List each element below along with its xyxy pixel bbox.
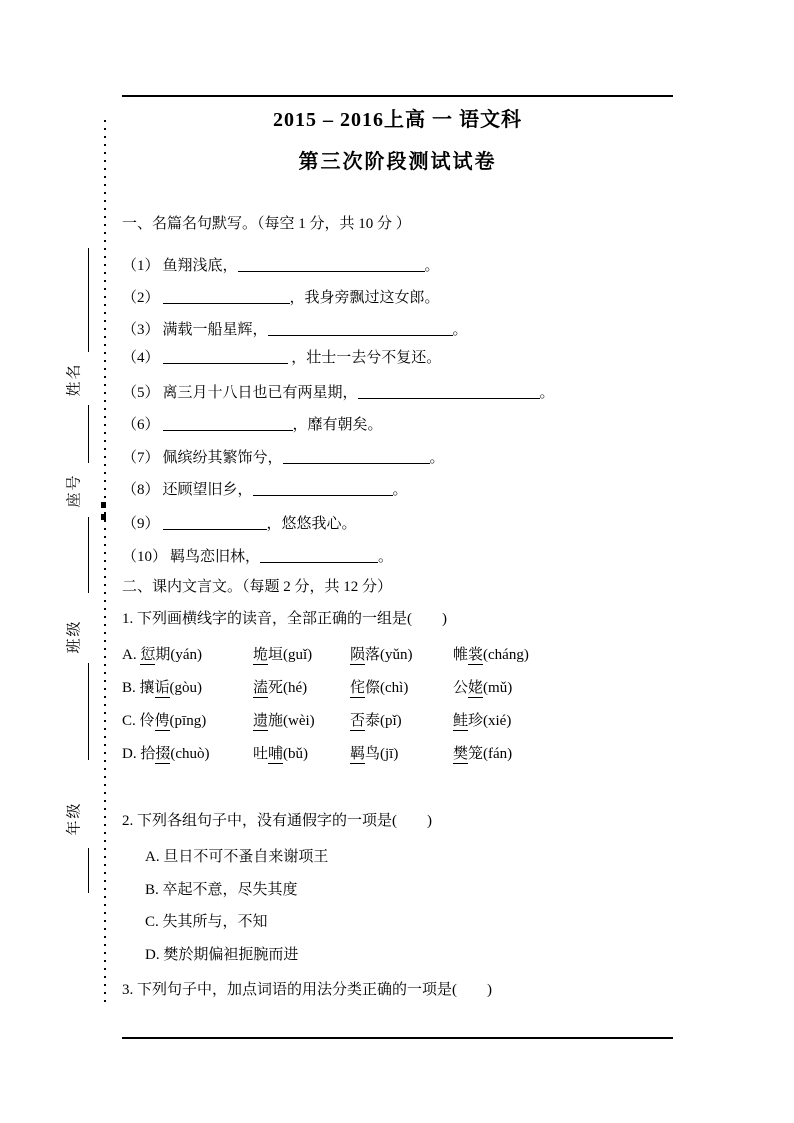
- word-post: (chuò): [170, 746, 209, 762]
- dictation-item-8: （8）还顾望旧乡，。: [122, 479, 408, 501]
- underlined-char: 否: [350, 713, 365, 731]
- word-pre: D. 拾: [122, 746, 155, 762]
- margin-bold-dash: [101, 502, 106, 508]
- underlined-char: 羁: [350, 746, 365, 764]
- dictation-item-1: （1）鱼翔浅底，。: [122, 255, 440, 277]
- margin-write-line: [88, 517, 89, 593]
- word-post: (pīng): [170, 713, 207, 729]
- dictation-item-7: （7）佩缤纷其繁饰兮，。: [122, 447, 445, 469]
- top-rule: [122, 95, 673, 97]
- item-number: （7）: [122, 450, 160, 466]
- dictation-item-6: （6），靡有朝矣。: [122, 414, 383, 436]
- underlined-char: 侘: [350, 680, 365, 698]
- word-item: 帷裳(cháng): [453, 645, 642, 666]
- underlined-char: 陨: [350, 647, 365, 665]
- word-post: 傺(chì): [365, 680, 408, 696]
- underlined-char: 樊: [453, 746, 468, 764]
- item-number: （8）: [122, 482, 160, 498]
- word-pre: 公: [453, 680, 468, 696]
- item-number: （5）: [122, 385, 160, 401]
- word-post: (cháng): [483, 647, 529, 663]
- margin-write-line: [88, 848, 89, 893]
- answer-blank: [163, 349, 288, 364]
- dictation-item-5: （5）离三月十八日也已有两星期，。: [122, 382, 555, 404]
- underlined-char: 诟: [155, 680, 170, 698]
- word-item: 垝垣(guǐ): [253, 645, 350, 666]
- margin-write-line: [88, 405, 89, 463]
- margin-label-text: 座号: [63, 473, 84, 507]
- dictation-item-4: （4） ，壮士一去兮不复还。: [122, 347, 441, 369]
- item-text: 佩缤纷其繁饰兮，: [163, 450, 283, 466]
- q1-option-row-d: D. 拾掇(chuò) 吐哺(bǔ) 羁鸟(jī) 樊笼(fán): [122, 744, 642, 765]
- word-item: 侘傺(chì): [350, 678, 453, 699]
- q1-option-row-b: B. 攘诟(gòu) 溘死(hé) 侘傺(chì) 公姥(mǔ): [122, 678, 642, 699]
- item-number: （6）: [122, 417, 160, 433]
- answer-blank: [260, 548, 378, 563]
- page-subtitle: 第三次阶段测试试卷: [122, 145, 673, 174]
- item-text: 。: [540, 385, 555, 401]
- item-text: 满载一船星辉，: [163, 322, 268, 338]
- underlined-char: 鲑: [453, 713, 468, 731]
- answer-blank: [358, 384, 540, 399]
- item-text: ，壮士一去兮不复还。: [288, 350, 442, 366]
- word-item: B. 攘诟(gòu): [122, 678, 253, 699]
- word-item: 羁鸟(jī): [350, 744, 453, 765]
- item-number: （3）: [122, 322, 160, 338]
- underlined-char: 裳: [468, 647, 483, 665]
- answer-blank: [253, 481, 393, 496]
- answer-blank: [163, 289, 290, 304]
- exam-paper-page: 姓名 座号 班级 年级 2015 – 2016上高 一 语文科 第三次阶段测试试…: [0, 0, 794, 1123]
- margin-dotted-line: [104, 120, 106, 1008]
- word-post: 施(wèi): [268, 713, 315, 729]
- dictation-item-2: （2），我身旁飘过这女郎。: [122, 287, 440, 309]
- word-pre: B. 攘: [122, 680, 155, 696]
- item-text: 。: [425, 258, 440, 274]
- margin-write-line: [88, 248, 89, 352]
- bottom-rule: [122, 1037, 673, 1039]
- margin-label-name: 姓名: [60, 357, 86, 401]
- word-post: 笼(fán): [468, 746, 512, 762]
- item-text: 。: [378, 549, 393, 565]
- item-text: 羁鸟恋旧林，: [170, 549, 260, 565]
- margin-write-line: [88, 663, 89, 760]
- word-item: C. 伶俜(pīng): [122, 711, 253, 732]
- underlined-char: 哺: [268, 746, 283, 764]
- margin-label-class: 班级: [60, 614, 86, 658]
- answer-blank: [163, 416, 293, 431]
- word-post: (gòu): [170, 680, 203, 696]
- word-item: 遗施(wèi): [253, 711, 350, 732]
- word-item: A. 愆期(yán): [122, 645, 253, 666]
- word-item: 溘死(hé): [253, 678, 350, 699]
- word-pre: 吐: [253, 746, 268, 762]
- q2-option-b: B. 卒起不意，尽失其度: [145, 880, 298, 901]
- item-text: 还顾望旧乡，: [163, 482, 253, 498]
- item-number: （4）: [122, 350, 160, 366]
- word-post: 鸟(jī): [365, 746, 398, 762]
- item-text: ，我身旁飘过这女郎。: [290, 290, 440, 306]
- item-number: （2）: [122, 290, 160, 306]
- item-number: （10）: [122, 549, 167, 565]
- q2-option-a: A. 旦日不可不蚤自来谢项王: [145, 847, 328, 868]
- word-post: 珍(xié): [468, 713, 511, 729]
- q3-stem: 3. 下列句子中，加点词语的用法分类正确的一项是( ): [122, 980, 492, 1001]
- dictation-item-9: （9），悠悠我心。: [122, 513, 357, 535]
- word-item: D. 拾掇(chuò): [122, 744, 253, 765]
- word-post: (mǔ): [483, 680, 512, 696]
- q1-option-row-c: C. 伶俜(pīng) 遗施(wèi) 否泰(pǐ) 鲑珍(xié): [122, 711, 642, 732]
- answer-blank: [238, 257, 425, 272]
- word-item: 樊笼(fán): [453, 744, 642, 765]
- underlined-char: 愆: [140, 647, 155, 665]
- q1-stem: 1. 下列画横线字的读音，全部正确的一组是( ): [122, 609, 447, 630]
- item-number: （9）: [122, 516, 160, 532]
- underlined-char: 遗: [253, 713, 268, 731]
- underlined-char: 垝: [253, 647, 268, 665]
- word-post: 垣(guǐ): [268, 647, 312, 663]
- margin-label-text: 班级: [63, 619, 84, 653]
- q2-option-c: C. 失其所与，不知: [145, 912, 268, 933]
- q2-stem: 2. 下列各组句子中，没有通假字的一项是( ): [122, 811, 432, 832]
- word-post: 死(hé): [268, 680, 307, 696]
- margin-label-grade: 年级: [60, 796, 86, 840]
- word-post: 落(yǔn): [365, 647, 413, 663]
- item-text: 。: [430, 450, 445, 466]
- answer-blank: [163, 515, 267, 530]
- margin-bold-dash: [101, 514, 106, 520]
- dictation-item-3: （3）满载一船星辉，。: [122, 319, 468, 341]
- item-text: ，悠悠我心。: [267, 516, 357, 532]
- word-item: 吐哺(bǔ): [253, 744, 350, 765]
- word-pre: A.: [122, 647, 140, 663]
- word-item: 否泰(pǐ): [350, 711, 453, 732]
- q2-option-d: D. 樊於期偏袒扼腕而进: [145, 945, 298, 966]
- answer-blank: [283, 449, 430, 464]
- underlined-char: 俜: [155, 713, 170, 731]
- q1-option-row-a: A. 愆期(yán) 垝垣(guǐ) 陨落(yǔn) 帷裳(cháng): [122, 645, 642, 666]
- item-text: 离三月十八日也已有两星期，: [163, 385, 358, 401]
- section1-heading: 一、名篇名句默写。（每空 1 分，共 10 分 ）: [122, 214, 411, 235]
- margin-label-text: 年级: [63, 801, 84, 835]
- word-post: (bǔ): [283, 746, 308, 762]
- word-item: 陨落(yǔn): [350, 645, 453, 666]
- word-item: 鲑珍(xié): [453, 711, 642, 732]
- item-text: 。: [393, 482, 408, 498]
- underlined-char: 掇: [155, 746, 170, 764]
- underlined-char: 姥: [468, 680, 483, 698]
- item-text: ，靡有朝矣。: [293, 417, 383, 433]
- dictation-item-10: （10）羁鸟恋旧林，。: [122, 546, 393, 568]
- page-title: 2015 – 2016上高 一 语文科: [122, 103, 673, 132]
- word-post: 泰(pǐ): [365, 713, 402, 729]
- underlined-char: 溘: [253, 680, 268, 698]
- section2-heading: 二、课内文言文。（每题 2 分，共 12 分）: [122, 577, 392, 598]
- item-number: （1）: [122, 258, 160, 274]
- word-pre: C. 伶: [122, 713, 155, 729]
- item-text: 。: [453, 322, 468, 338]
- margin-label-text: 姓名: [63, 362, 84, 396]
- answer-blank: [268, 321, 453, 336]
- word-pre: 帷: [453, 647, 468, 663]
- word-item: 公姥(mǔ): [453, 678, 642, 699]
- word-post: 期(yán): [155, 647, 202, 663]
- margin-label-seat: 座号: [60, 468, 86, 512]
- item-text: 鱼翔浅底，: [163, 258, 238, 274]
